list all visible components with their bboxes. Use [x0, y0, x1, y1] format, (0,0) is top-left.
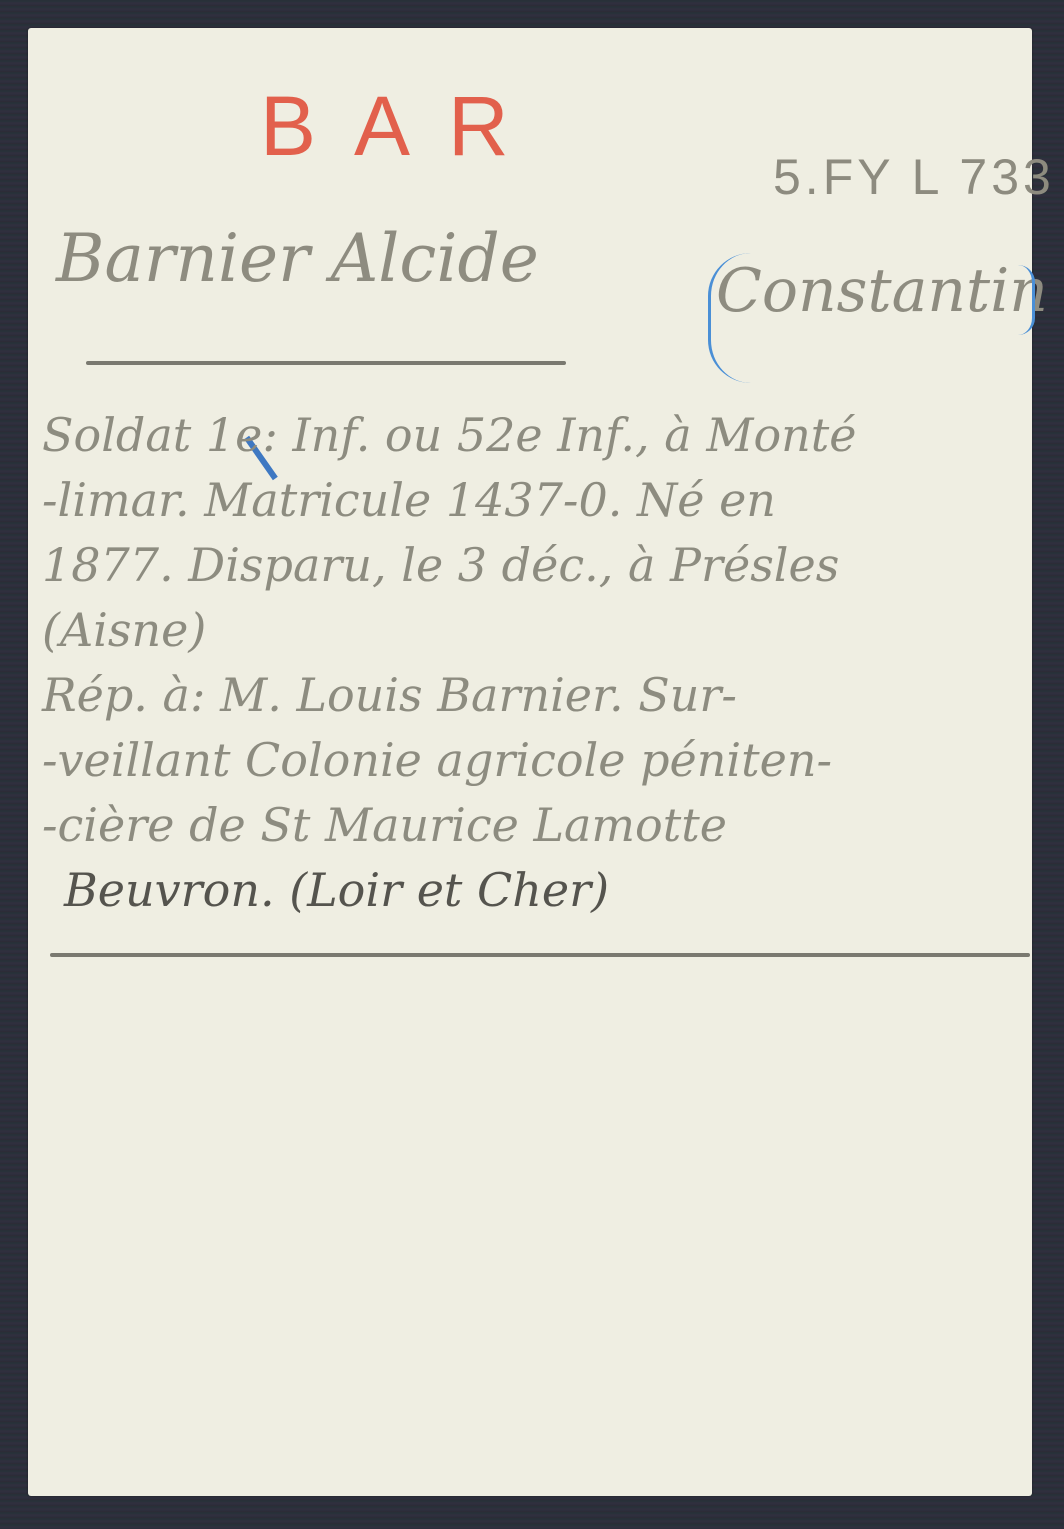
text-line-8: Beuvron. (Loir et Cher): [64, 863, 609, 917]
reference-number: 5.FY L 733: [773, 148, 1055, 206]
index-card: BAR 5.FY L 733 Barnier Alcide Constantin…: [28, 28, 1032, 1496]
name-underline: [86, 361, 566, 365]
text-line-5: Rép. à: M. Louis Barnier. Sur-: [42, 668, 737, 722]
text-line-1: Soldat 1e: Inf. ou 52e Inf., à Monté: [42, 408, 856, 462]
text-line-4: (Aisne): [42, 603, 206, 657]
bottom-rule: [50, 953, 1030, 957]
text-line-7: -cière de St Maurice Lamotte: [42, 798, 727, 852]
text-line-3: 1877. Disparu, le 3 déc., à Présles: [42, 538, 839, 592]
blue-parenthesis-right: [1018, 265, 1035, 335]
surname: Barnier Alcide: [56, 220, 539, 297]
header-letters: BAR: [260, 78, 547, 175]
given-name: Constantin: [716, 256, 1048, 326]
text-line-2: -limar. Matricule 1437-0. Né en: [42, 473, 776, 527]
text-line-6: -veillant Colonie agricole péniten-: [42, 733, 832, 787]
